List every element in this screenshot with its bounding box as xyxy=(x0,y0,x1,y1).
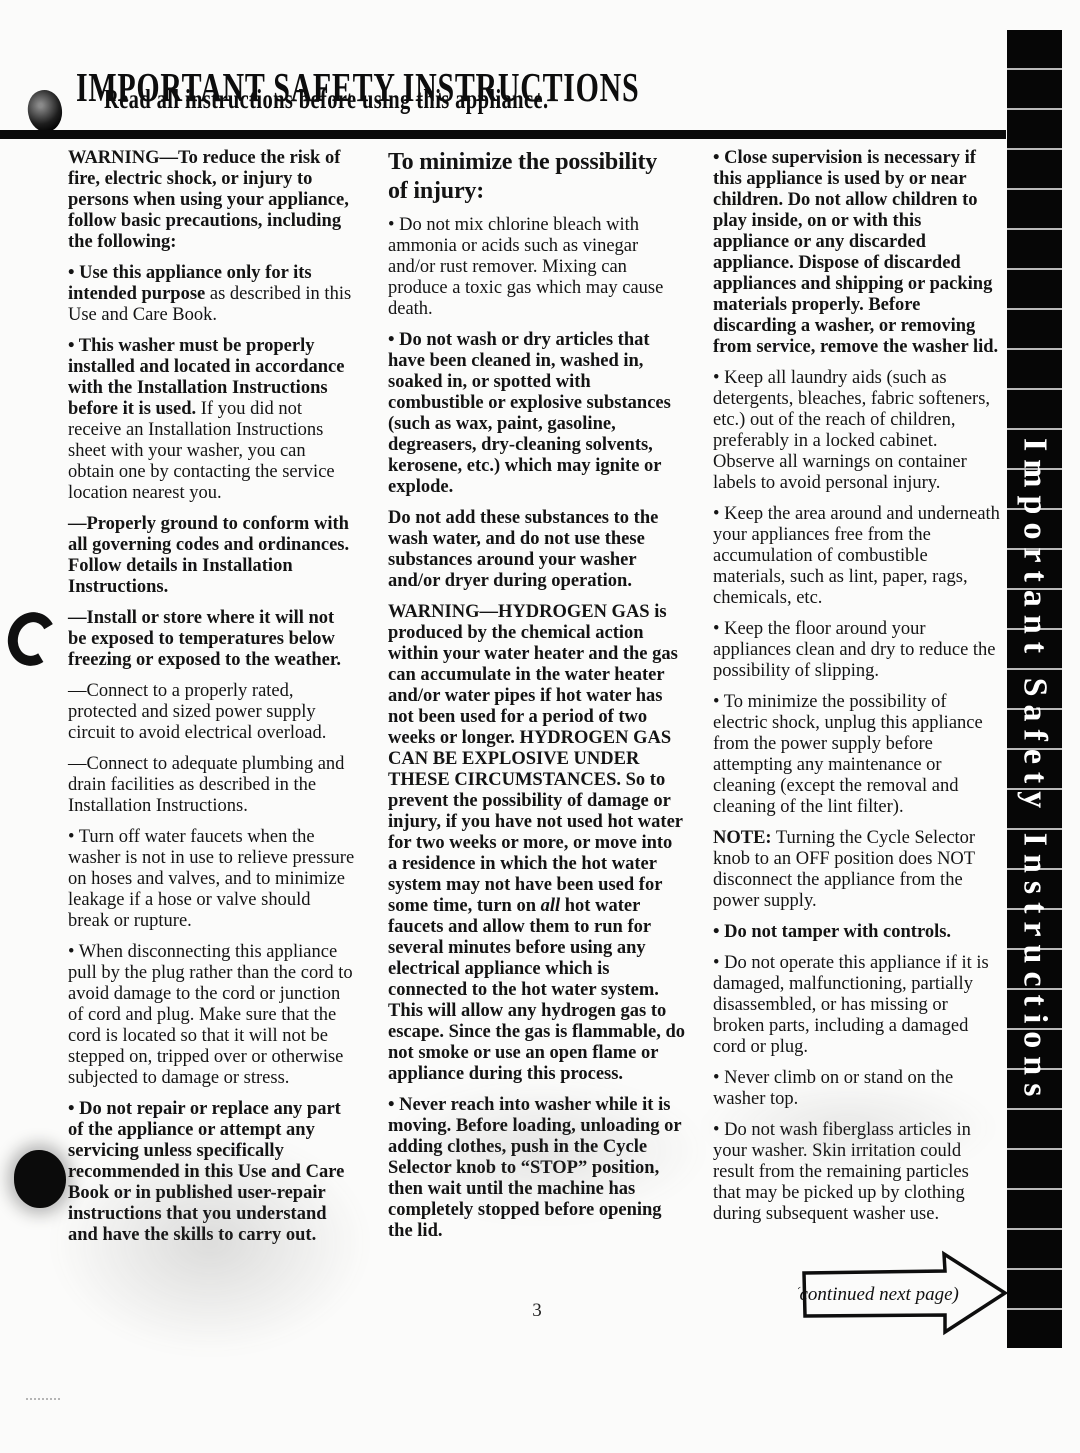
chapter-tab-label: Important Safety Instructions xyxy=(1016,438,1054,1104)
continued-arrow: (continued next page) xyxy=(798,1248,1012,1340)
ink-crescent-mark xyxy=(2,607,62,671)
paragraph: Do not add these substances to the wash … xyxy=(388,508,686,592)
paragraph: • Turn off water faucets when the washer… xyxy=(68,827,356,932)
paragraph: WARNING—To reduce the risk of fire, elec… xyxy=(68,148,356,253)
text-segment: —Install or store where it will not be e… xyxy=(68,608,341,670)
text-segment: NOTE: xyxy=(713,828,772,848)
paragraph: • Keep all laundry aids (such as deterge… xyxy=(713,368,1000,494)
continued-note-text: (continued next page) xyxy=(798,1284,959,1305)
chapter-edge-tab: Important Safety Instructions xyxy=(1007,30,1062,1348)
paragraph: WARNING—HYDROGEN GAS is produced by the … xyxy=(388,602,686,1085)
column-heading-line: of injury: xyxy=(388,177,686,206)
paragraph: • Do not mix chlorine bleach with ammoni… xyxy=(388,215,686,320)
text-segment: • Do not tamper with controls. xyxy=(713,922,951,942)
text-segment: • Do not wash or dry articles that have … xyxy=(388,330,671,497)
text-segment: • Keep the area around and underneath yo… xyxy=(713,504,1000,608)
text-segment: —Properly ground to conform with all gov… xyxy=(68,514,349,597)
text-segment: WARNING—HYDROGEN GAS is produced by the … xyxy=(388,602,683,916)
page-number: 3 xyxy=(388,1300,686,1322)
text-segment: • Keep the floor around your appliances … xyxy=(713,619,996,681)
text-segment: • To minimize the possibility of electri… xyxy=(713,692,983,817)
paragraph: • Never climb on or stand on the washer … xyxy=(713,1068,1000,1110)
text-segment: • When disconnecting this appliance pull… xyxy=(68,942,353,1088)
paragraph: • Do not wash or dry articles that have … xyxy=(388,330,686,498)
document-page: IMPORTANT SAFETY INSTRUCTIONS Read all i… xyxy=(0,0,1080,1453)
ink-blot-icon xyxy=(25,87,66,134)
text-segment: • Never climb on or stand on the washer … xyxy=(713,1068,953,1109)
text-segment: all xyxy=(541,896,561,916)
ink-blot-mark xyxy=(14,1150,66,1208)
paragraph: • Do not tamper with controls. xyxy=(713,922,1000,943)
paragraph: • Never reach into washer while it is mo… xyxy=(388,1095,686,1242)
pencil-mark xyxy=(26,1398,60,1401)
paragraph: • This washer must be properly installed… xyxy=(68,336,356,504)
text-segment: • Do not mix chlorine bleach with ammoni… xyxy=(388,215,663,319)
paragraph: —Connect to adequate plumbing and drain … xyxy=(68,754,356,817)
text-segment: • Close supervision is necessary if this… xyxy=(713,148,998,357)
header-rule xyxy=(0,130,1006,139)
page-subtitle: Read all instructions before using this … xyxy=(104,84,548,115)
text-segment: • Turn off water faucets when the washer… xyxy=(68,827,354,931)
paragraph: • When disconnecting this appliance pull… xyxy=(68,942,356,1089)
paragraph: • Keep the floor around your appliances … xyxy=(713,619,1000,682)
paragraph: —Properly ground to conform with all gov… xyxy=(68,514,356,598)
column-heading-line: To minimize the possibility xyxy=(388,148,686,177)
text-segment: WARNING—To reduce the risk of fire, elec… xyxy=(68,148,349,252)
text-segment: • Do not wash fiberglass articles in you… xyxy=(713,1120,971,1224)
text-column-2: To minimize the possibilityof injury:• D… xyxy=(388,148,686,1252)
paragraph: • Keep the area around and underneath yo… xyxy=(713,504,1000,609)
text-segment: • Never reach into washer while it is mo… xyxy=(388,1095,681,1241)
paragraph: • Close supervision is necessary if this… xyxy=(713,148,1000,358)
paragraph: • Do not wash fiberglass articles in you… xyxy=(713,1120,1000,1225)
text-segment: hot water faucets and allow them to run … xyxy=(388,896,685,1084)
text-column-1: WARNING—To reduce the risk of fire, elec… xyxy=(68,148,356,1256)
paragraph: • Do not repair or replace any part of t… xyxy=(68,1099,356,1246)
subtitle-row: Read all instructions before using this … xyxy=(104,84,689,115)
paragraph: NOTE: Turning the Cycle Selector knob to… xyxy=(713,828,1000,912)
text-segment: Do not add these substances to the wash … xyxy=(388,508,658,591)
paragraph: • Use this appliance only for its intend… xyxy=(68,263,356,326)
text-column-3: • Close supervision is necessary if this… xyxy=(713,148,1000,1235)
text-segment: • Do not operate this appliance if it is… xyxy=(713,953,989,1057)
text-segment: • Do not repair or replace any part of t… xyxy=(68,1099,344,1245)
column-heading: To minimize the possibilityof injury: xyxy=(388,148,686,206)
paragraph: —Connect to a properly rated, protected … xyxy=(68,681,356,744)
text-segment: —Connect to a properly rated, protected … xyxy=(68,681,326,743)
paragraph: • To minimize the possibility of electri… xyxy=(713,692,1000,818)
paragraph: • Do not operate this appliance if it is… xyxy=(713,953,1000,1058)
text-segment: • Keep all laundry aids (such as deterge… xyxy=(713,368,990,493)
text-segment: —Connect to adequate plumbing and drain … xyxy=(68,754,344,816)
paragraph: —Install or store where it will not be e… xyxy=(68,608,356,671)
